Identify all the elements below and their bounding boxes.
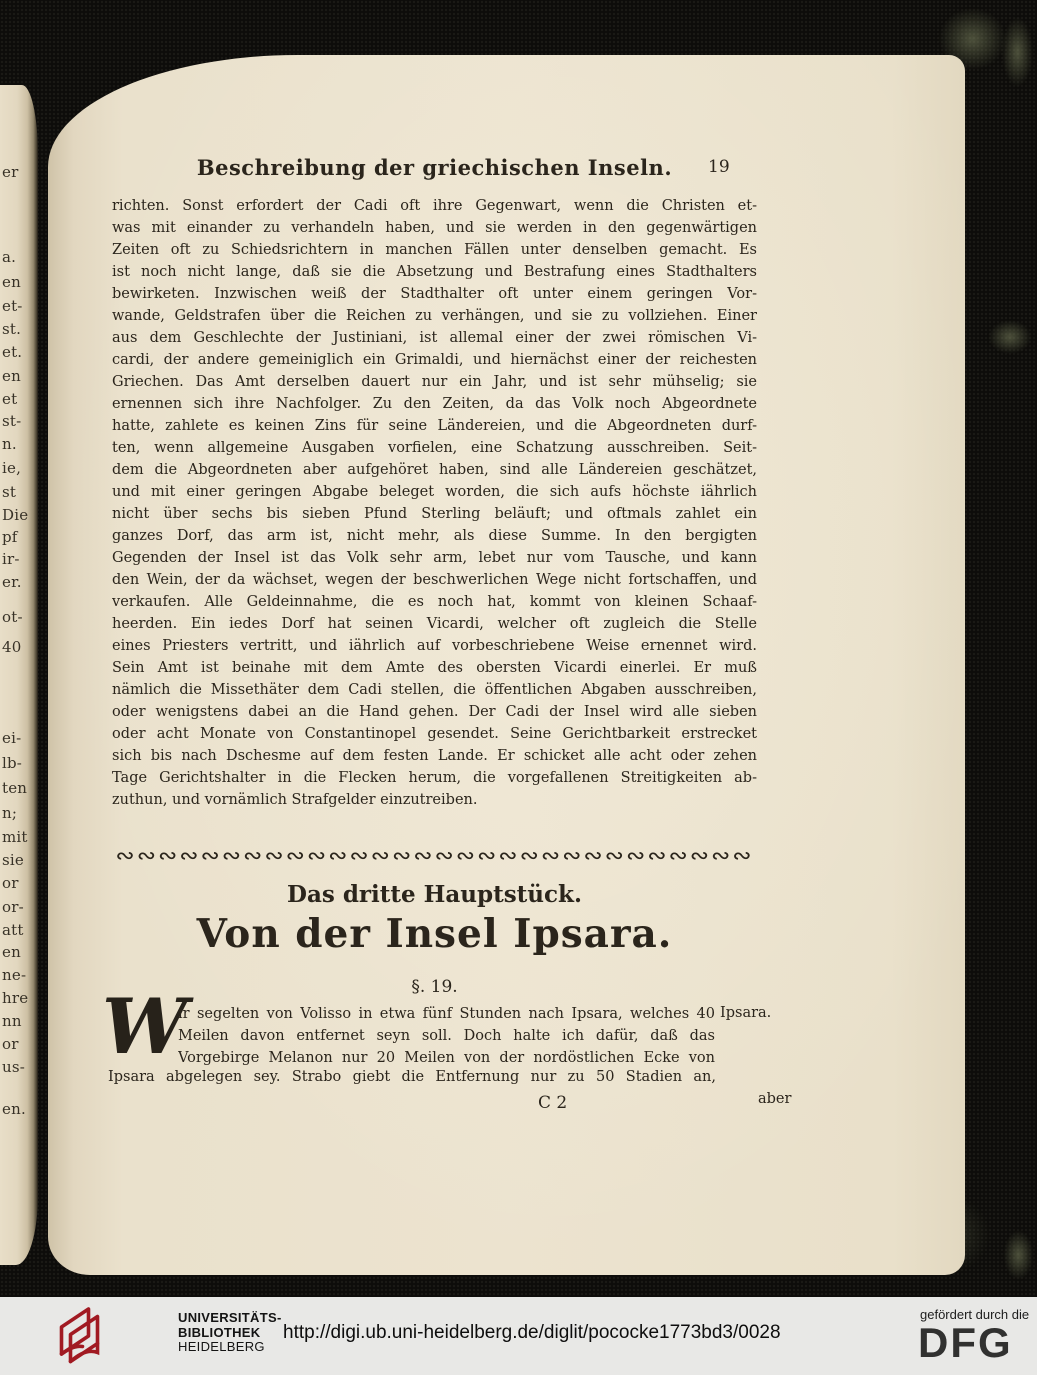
paragraph-line: Vorgebirge Melanon nur 20 Meilen von der… <box>178 1047 715 1069</box>
body-line: sich bis nach Dschesme auf dem festen La… <box>112 745 757 767</box>
catchword: aber <box>758 1091 791 1107</box>
ornament-separator: ∾∾∾∾∾∾∾∾∾∾∾∾∾∾∾∾∾∾∾∾∾∾∾∾∾∾∾∾∾∾ <box>112 843 757 869</box>
running-header: Beschreibung der griechischen Inseln. <box>112 155 757 180</box>
chapter-kicker: Das dritte Hauptstück. <box>112 881 757 908</box>
paragraph-line: Meilen davon entfernet seyn soll. Doch h… <box>178 1025 715 1047</box>
footer-bar: UNIVERSITÄTS- BIBLIOTHEK HEIDELBERG http… <box>0 1297 1037 1375</box>
body-text-block: richten. Sonst erfordert der Cadi oft ih… <box>112 195 757 811</box>
body-line: dem die Abgeordneten aber aufgehöret hab… <box>112 459 757 481</box>
body-line: bewirketen. Inzwischen weiß der Stadthal… <box>112 283 757 305</box>
scanned-book-viewer: era.enet-st.et.enetst-n.ie,stDiepfir-er.… <box>0 0 1037 1375</box>
section-heading: §. 19. <box>112 977 757 997</box>
page-number: 19 <box>708 157 730 177</box>
body-line: Zeiten oft zu Schiedsrichtern in manchen… <box>112 239 757 261</box>
scan-artifact <box>983 316 1037 358</box>
body-line: nämlich die Missethäter dem Cadi stellen… <box>112 679 757 701</box>
body-line: Tage Gerichtshalter in die Flecken herum… <box>112 767 757 789</box>
body-line: oder wenigstens dabei an die Hand gehen.… <box>112 701 757 723</box>
drop-cap-initial: W <box>102 989 187 1065</box>
library-name: UNIVERSITÄTS- BIBLIOTHEK HEIDELBERG <box>178 1311 282 1355</box>
library-name-line: BIBLIOTHEK <box>178 1326 282 1341</box>
body-line: cardi, der andere gemeiniglich ein Grima… <box>112 349 757 371</box>
body-line: wande, Geldstrafen über die Reichen zu v… <box>112 305 757 327</box>
paragraph-line: Ipsara abgelegen sey. Strabo giebt die E… <box>108 1069 716 1091</box>
open-book-icon <box>52 1303 152 1374</box>
body-line: ganzes Dorf, das arm ist, nicht mehr, al… <box>112 525 757 547</box>
body-line: richten. Sonst erfordert der Cadi oft ih… <box>112 195 757 217</box>
scan-artifact <box>998 8 1037 96</box>
body-line: ernennen sich ihre Nachfolger. Zu den Ze… <box>112 393 757 415</box>
signature-mark: C 2 <box>538 1093 567 1113</box>
body-line: verkaufen. Alle Geldeinnahme, die es noc… <box>112 591 757 613</box>
body-line: was mit einander zu verhandeln haben, un… <box>112 217 757 239</box>
body-line: oder acht Monate von Constantinopel gese… <box>112 723 757 745</box>
body-line: Griechen. Das Amt derselben dauert nur e… <box>112 371 757 393</box>
body-line: hatte, zahlete es keinen Zins für seine … <box>112 415 757 437</box>
body-line: ten, wenn allgemeine Ausgaben vorfielen,… <box>112 437 757 459</box>
scan-artifact <box>1000 1224 1037 1286</box>
body-line: ist noch nicht lange, daß sie die Absetz… <box>112 261 757 283</box>
chapter-title: Von der Insel Ipsara. <box>112 911 757 957</box>
page-scan: Beschreibung der griechischen Inseln. 19… <box>48 55 965 1275</box>
body-line: aus dem Geschlechte der Justiniani, ist … <box>112 327 757 349</box>
paragraph-block: ir segelten von Volisso in etwa fünf Stu… <box>178 1003 715 1069</box>
body-line: zuthun, und vornämlich Strafgelder einzu… <box>112 789 757 811</box>
body-line: den Wein, der da wächset, wegen der besc… <box>112 569 757 591</box>
body-line: heerden. Ein iedes Dorf hat seinen Vicar… <box>112 613 757 635</box>
body-line: Sein Amt ist beinahe mit dem Amte des ob… <box>112 657 757 679</box>
body-line: Gegenden der Insel ist das Volk sehr arm… <box>112 547 757 569</box>
margin-note: Ipsara. <box>720 1005 771 1021</box>
body-line: nicht über sechs bis sieben Pfund Sterli… <box>112 503 757 525</box>
dfg-logo: DFG <box>918 1319 1013 1367</box>
library-name-line: HEIDELBERG <box>178 1340 282 1355</box>
digitization-url: http://digi.ub.uni-heidelberg.de/diglit/… <box>283 1322 781 1344</box>
library-name-line: UNIVERSITÄTS- <box>178 1311 282 1326</box>
body-line: eines Priesters vertritt, und iährlich a… <box>112 635 757 657</box>
paragraph-line: ir segelten von Volisso in etwa fünf Stu… <box>178 1003 715 1025</box>
body-line: und mit einer geringen Abgabe beleget wo… <box>112 481 757 503</box>
facing-page-edge <box>0 85 38 1265</box>
